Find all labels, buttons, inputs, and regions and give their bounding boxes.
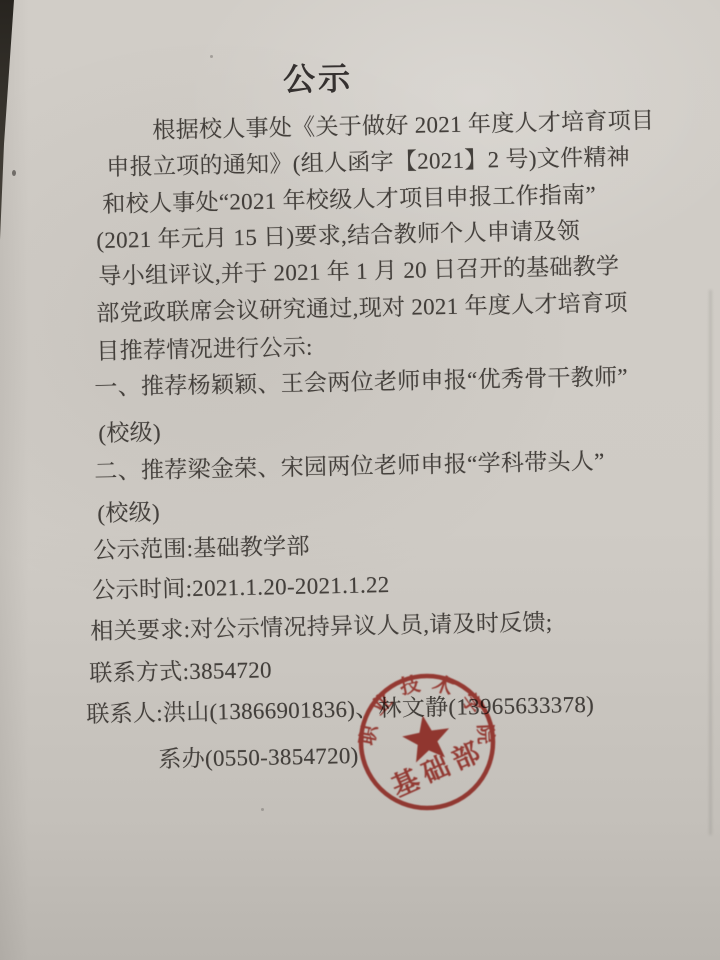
document-line: 系办(0550-3854720) <box>158 737 359 774</box>
document-line: 公示范围:基础教学部 <box>93 528 310 565</box>
document-title: 公示 <box>283 53 354 100</box>
document-line: 部党政联席会议研究通过,现对 2021 年度人才培育项 <box>96 284 628 328</box>
document-line: 二、推荐梁金荣、宋园两位老师申报“学科带头人” <box>94 443 605 486</box>
document-line: 目推荐情况进行公示: <box>96 329 313 366</box>
desk-background <box>0 0 18 240</box>
document-line: (2021 年元月 15 日)要求,结合教师个人申请及领 <box>96 212 580 255</box>
photo-of-document: 公示 根据校人事处《关于做好 2021 年度人才培育项目申报立项的通知》(组人函… <box>0 0 720 960</box>
dust-speck <box>210 55 213 58</box>
document-line: 导小组评议,并于 2021 年 1 月 20 日召开的基础教学 <box>98 248 620 291</box>
official-seal: 职业技术学院 基础部 <box>341 656 513 828</box>
document-line: (校级) <box>97 494 160 528</box>
document-line: 联系方式:3854720 <box>89 651 272 688</box>
dust-speck <box>261 808 264 811</box>
document-line: 一、推荐杨颖颖、王会两位老师申报“优秀骨干教师” <box>94 358 628 402</box>
document-line: (校级) <box>98 414 161 448</box>
paper-crease <box>709 290 712 835</box>
document-line: 申报立项的通知》(组人函字【2021】2 号)文件精神 <box>106 138 630 182</box>
dust-speck <box>12 170 16 176</box>
document-line: 公示时间:2021.1.20-2021.1.22 <box>92 566 390 605</box>
document-line: 相关要求:对公示情况持异议人员,请及时反馈; <box>90 604 553 646</box>
